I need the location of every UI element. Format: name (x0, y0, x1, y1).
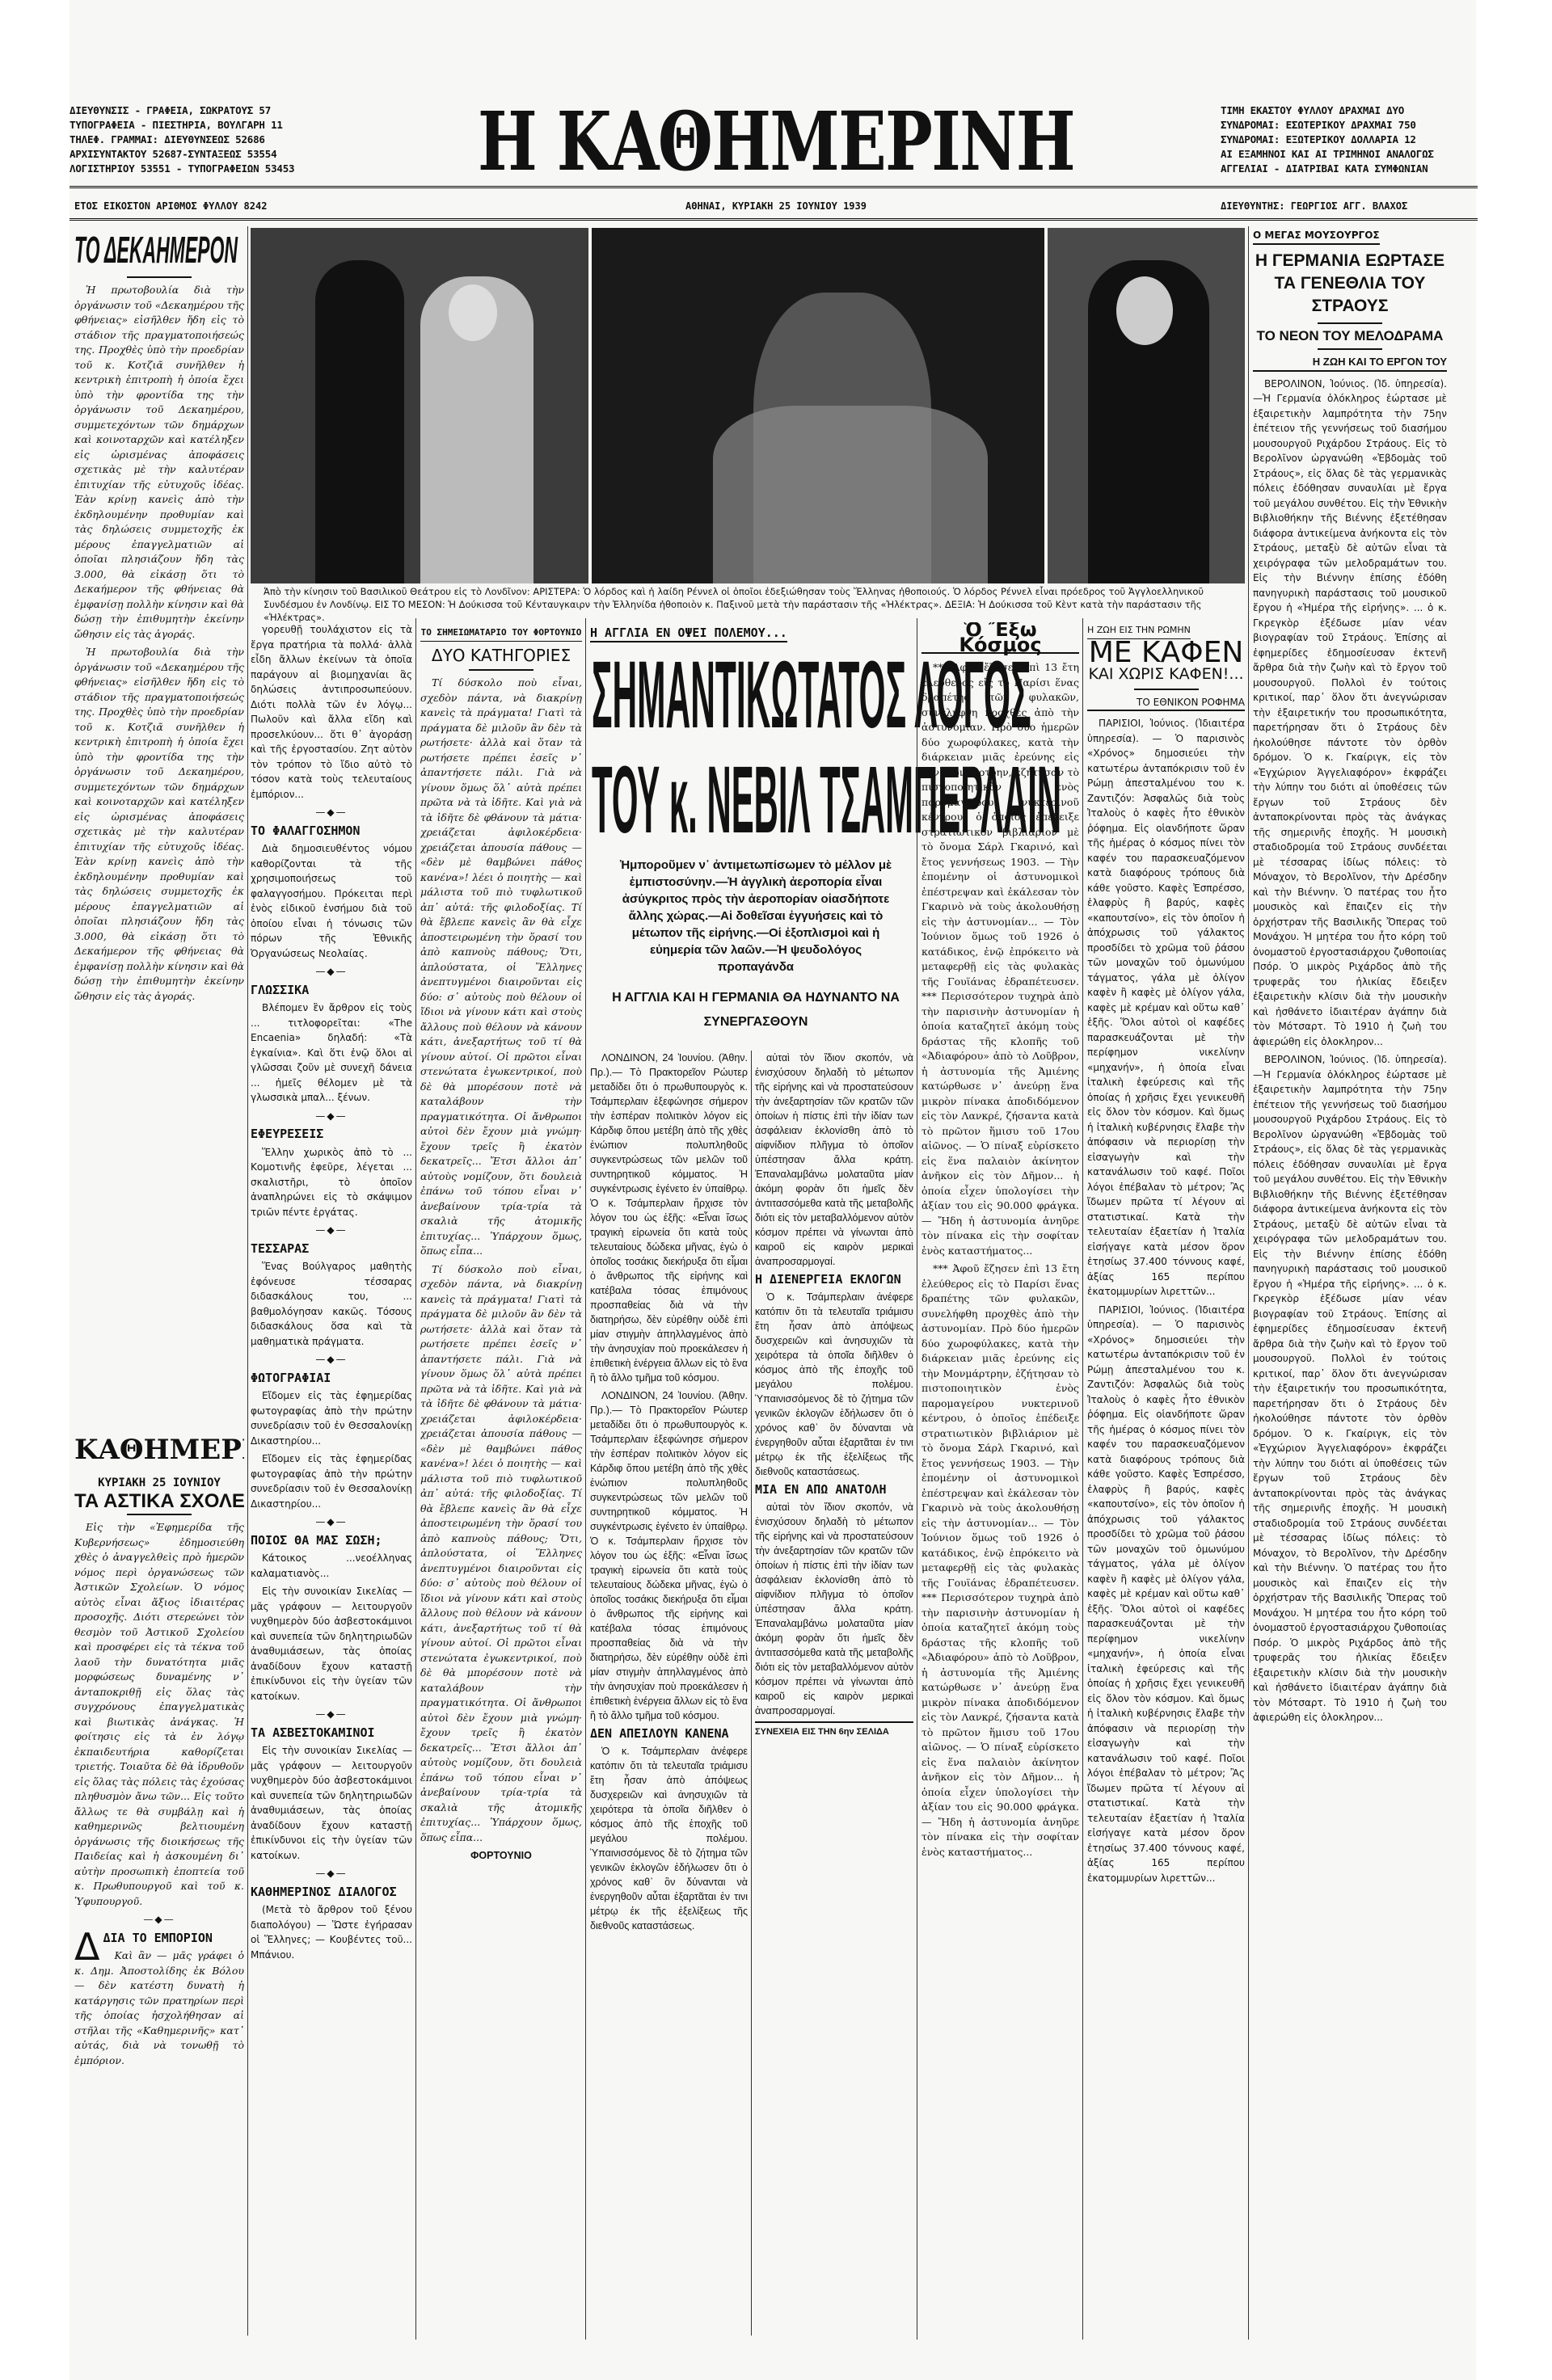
masthead-price-block: ΤΙΜΗ ΕΚΑΣΤΟΥ ΦΥΛΛΟΥ ΔΡΑΧΜΑΙ ΔΥΟ ΣΥΝΔΡΟΜΑ… (1221, 103, 1487, 176)
kicker: Ο ΜΕΓΑΣ ΜΟΥΣΟΥΡΓΟΣ (1253, 228, 1380, 245)
masthead-rule (70, 186, 1478, 188)
headline-astika-scholeia: ΤΑ ΑΣΤΙΚΑ ΣΧΟΛΕΙΑ (74, 1494, 244, 1510)
column-rule (415, 618, 416, 2340)
brief-title: ΦΩΤΟΓΡΑΦΙΑΙ (251, 1371, 412, 1386)
kicker: ΤΟ ΣΗΜΕΙΩΜΑΤΑΡΙΟ ΤΟΥ ΦΟΡΤΟΥΝΙΟ (420, 626, 582, 642)
section-separator: —◆— (74, 1912, 244, 1927)
brief-body: Εἰς τὴν συνοικίαν Σικελίας — μᾶς γράφουν… (251, 1743, 412, 1863)
photo-theatre-performance (592, 228, 1044, 583)
divider (1318, 322, 1382, 324)
kathimerina-box-title: ΚΑΘΗΜΕΡΙΝΑ (74, 1434, 244, 1467)
brief-body: Εἰς τὴν συνοικίαν Σικελίας — μᾶς γράφουν… (251, 1584, 412, 1704)
divider (1134, 689, 1199, 690)
masthead-right-line: ΑΓΓΕΛΙΑΙ - ΔΙΑΤΡΙΒΑΙ ΚΑΤΑ ΣΥΜΦΩΝΙΑΝ (1221, 162, 1487, 176)
trade-section: Δ ΔΙΑ ΤΟ ΕΜΠΟΡΙΟΝ Καὶ ἂν — μᾶς γράφει ὁ … (74, 1931, 244, 2069)
column-fortounio: ΤΟ ΣΗΜΕΙΩΜΑΤΑΡΙΟ ΤΟΥ ΦΟΡΤΟΥΝΙΟ ΔΥΟ ΚΑΤΗΓ… (420, 622, 582, 2340)
brief-body: Κάτοικος ...νεοέλληνας καλαματιανὸς... (251, 1551, 412, 1581)
article-body: *** Ἀφοῦ ἔζησεν ἐπὶ 13 ἔτη ἐλεύθερος εἰς… (921, 1262, 1079, 1860)
article-body: Ὁ κ. Τσάμπερλαιν ἀνέφερε κατόπιν ὅτι τὰ … (755, 1290, 913, 1479)
column-rule (1082, 618, 1083, 2340)
masthead-right-line: ΣΥΝΔΡΟΜΑΙ: ΕΣΩΤΕΡΙΚΟΥ ΔΡΑΧΜΑΙ 750 (1221, 118, 1487, 133)
box-date: ΚΥΡΙΑΚΗ 25 ΙΟΥΝΙΟΥ (74, 1476, 244, 1491)
column-dekaimeron: ΤΟ ΔΕΚΑΗΜΕΡΟΝ Ἡ πρωτοβουλία διὰ τὴν ὀργά… (74, 228, 244, 1432)
kicker: Η ΑΓΓΛΙΑ ΕΝ ΟΨΕΙ ΠΟΛΕΜΟΥ... (590, 626, 787, 642)
brief-title: ΚΑΘΗΜΕΡΙΝΟΣ ΔΙΑΛΟΓΟΣ (251, 1885, 412, 1900)
newspaper-title: Η ΚΑΘΗΜΕΡΙΝΗ (171, 97, 1381, 186)
article-body: ΠΑΡΙΣΙΟΙ, Ἰούνιος. (Ἰδιαιτέρα ὑπηρεσία).… (1087, 1303, 1245, 1886)
divider (1318, 348, 1382, 350)
headline-choris-kafen: ΚΑΙ ΧΩΡΙΣ ΚΑΦΕΝ!... (1087, 667, 1245, 682)
dropcap-delta: Δ (74, 1931, 99, 1963)
brief-body: Εἴδομεν εἰς τὰς ἐφημερίδας φωτογραφίας ἀ… (251, 1388, 412, 1448)
subhead: ΔΕΝ ΑΠΕΙΛΟΥΝ ΚΑΝΕΝΑ (590, 1726, 748, 1741)
article-body: ΛΟΝΔΙΝΟΝ, 24 Ἰουνίου. (Ἀθην. Πρ.).— Τὸ Π… (590, 1051, 748, 1385)
brief-title: ΕΦΕΥΡΕΣΕΙΣ (251, 1127, 412, 1142)
signature: ΦΟΡΤΟΥΝΙΟ (420, 1848, 582, 1864)
continued-line: ΣΥΝΕΧΕΙΑ ΕΙΣ ΤΗΝ 6ην ΣΕΛΙΔΑ (755, 1721, 913, 1739)
article-body: αὐταὶ τὸν ἴδιον σκοπόν, νὰ ἐνισχύσουν δη… (755, 1051, 913, 1269)
article-body: αὐταὶ τὸν ἴδιον σκοπόν, νὰ ἐνισχύσουν δη… (755, 1500, 913, 1718)
headline-me-kafen: ΜΕ ΚΑΦΕΝ (1087, 646, 1245, 661)
article-body: Ἡ πρωτοβουλία διὰ τὴν ὀργάνωσιν τοῦ «Δεκ… (74, 283, 244, 642)
article-body: ΠΑΡΙΣΙΟΙ, Ἰούνιος. (Ἰδιαιτέρα ὑπηρεσία).… (1087, 716, 1245, 1300)
section-separator: —◆— (251, 1109, 412, 1124)
brief-body: Ἕλλην χωρικὸς ἀπὸ τὸ ... Κομοτινῆς ἐφεῦρ… (251, 1145, 412, 1220)
photo-duchess-of-kent (1048, 228, 1245, 583)
article-body: Τί δύσκολο ποὺ εἶναι, σχεδὸν πάντα, νὰ δ… (420, 676, 582, 1259)
subhead-ethnikon-rofima: ΤΟ ΕΘΝΙΚΟΝ ΡΟΦΗΜΑ (1087, 695, 1245, 712)
column-coffee: Η ΖΩΗ ΕΙΣ ΤΗΝ ΡΩΜΗΝ ΜΕ ΚΑΦΕΝ ΚΑΙ ΧΩΡΙΣ Κ… (1087, 622, 1245, 2340)
director-line: ΔΙΕΥΘΥΝΤΗΣ: ΓΕΩΡΓΙΟΣ ΑΓΓ. ΒΛΑΧΟΣ (1221, 200, 1407, 212)
article-body: Καὶ ἂν — μᾶς γράφει ὁ κ. Δημ. Ἀποστολίδη… (74, 1948, 244, 2068)
brief-body: Βλέπομεν ἓν ἄρθρον εἰς τοὺς ... τιτλοφορ… (251, 1000, 412, 1106)
article-body: ΛΟΝΔΙΝΟΝ, 24 Ἰουνίου. (Ἀθην. Πρ.).— Τὸ Π… (590, 1388, 748, 1723)
chamberlain-body-b: αὐταὶ τὸν ἴδιον σκοπόν, νὰ ἐνισχύσουν δη… (755, 1051, 913, 2344)
column-rule (1248, 226, 1249, 2340)
divider (469, 669, 533, 671)
headline-exo-kosmos: Ὁ Ἔξω Κόσμος (921, 622, 1079, 654)
article-body: ΒΕΡΟΛΙΝΟΝ, Ἰούνιος. (Ἰδ. ὑπηρεσία).—Ἡ Γε… (1253, 377, 1447, 1050)
headline-trade: ΔΙΑ ΤΟ ΕΜΠΟΡΙΟΝ (74, 1931, 244, 1946)
section-separator: —◆— (251, 964, 412, 979)
masthead-right-line: ΤΙΜΗ ΕΚΑΣΤΟΥ ΦΥΛΛΟΥ ΔΡΑΧΜΑΙ ΔΥΟ (1221, 103, 1487, 118)
headline-chamberlain-line2: ΤΟΥ κ. ΝΕΒΙΛ ΤΣΑΜΠΕΡΛΑΙΝ (592, 752, 908, 849)
masthead-right-line: ΣΥΝΔΡΟΜΑΙ: ΕΞΩΤΕΡΙΚΟΥ ΔΟΛΛΑΡΙΑ 12 (1221, 133, 1487, 147)
photo-caption: Ἀπὸ τὴν κίνησιν τοῦ Βασιλικοῦ Θεάτρου εἰ… (264, 585, 1242, 624)
headline-dyo-katigories: ΔΥΟ ΚΑΤΗΓΟΡΙΕΣ (420, 648, 582, 663)
article-body: γορευθῇ τουλάχιστον εἰς τὰ ἔργα πρατήρια… (251, 622, 412, 802)
dateline-rule (70, 218, 1478, 221)
article-body: *** Ἀφοῦ ἔζησεν ἐπὶ 13 ἔτη ἐλεύθερος εἰς… (921, 660, 1079, 1258)
article-body: Ἡ πρωτοβουλία διὰ τὴν ὀργάνωσιν τοῦ «Δεκ… (74, 645, 244, 1004)
chamberlain-body-a: ΛΟΝΔΙΝΟΝ, 24 Ἰουνίου. (Ἀθην. Πρ.).— Τὸ Π… (590, 1051, 748, 2344)
section-separator: —◆— (251, 1514, 412, 1530)
column-briefs: γορευθῇ τουλάχιστον εἰς τὰ ἔργα πρατήρια… (251, 622, 412, 2340)
brief-body: (Μετὰ τὸ ἄρθρον τοῦ ξένου διαπολόγου) — … (251, 1902, 412, 1962)
brief-title: ΓΛΩΣΣΙΚΑ (251, 983, 412, 998)
brief-title: ΠΟΙΟΣ ΘΑ ΜΑΣ ΣΩΣΗ; (251, 1533, 412, 1548)
section-separator: —◆— (251, 1223, 412, 1238)
article-body: ΒΕΡΟΛΙΝΟΝ, Ἰούνιος. (Ἰδ. ὑπηρεσία).—Ἡ Γε… (1253, 1052, 1447, 1725)
subhead-england-germany: Η ΑΓΓΛΙΑ ΚΑΙ Η ΓΕΡΜΑΝΙΑ ΘΑ ΗΔΥΝΑΝΤΟ ΝΑ Σ… (598, 986, 913, 1051)
divider (127, 1514, 192, 1515)
section-separator: —◆— (251, 1866, 412, 1881)
column-rule (751, 1051, 752, 2336)
subhead-neon-melodrama: ΤΟ ΝΕΟΝ ΤΟΥ ΜΕΛΟΔΡΑΜΑ (1253, 329, 1447, 344)
article-body: Εἰς τὴν «Ἐφημερίδα τῆς Κυβερνήσεως» ἐδημ… (74, 1520, 244, 1909)
chamberlain-deck: Ἠμποροῦμεν ν᾽ ἀντιμετωπίσωμεν τὸ μέλλον … (614, 857, 897, 978)
brief-body: Διὰ δημοσιευθέντος νόμου καθορίζονται τὰ… (251, 841, 412, 961)
photo-lord-lady-rennell (251, 228, 588, 583)
column-rule (247, 226, 248, 2336)
column-rule (917, 618, 917, 2340)
section-separator: —◆— (251, 805, 412, 820)
brief-body: Ἕνας Βούλγαρος μαθητὴς ἐφόνευσε τέσσαρας… (251, 1259, 412, 1349)
divider (127, 276, 192, 278)
headline-chamberlain-line1: ΣΗΜΑΝΤΙΚΩΤΑΤΟΣ ΛΟΓΟΣ (592, 647, 912, 743)
column-strauss: Ο ΜΕΓΑΣ ΜΟΥΣΟΥΡΓΟΣ Η ΓΕΡΜΑΝΙΑ ΕΩΡΤΑΣΕ ΤΑ… (1253, 228, 1447, 2337)
subhead: ΜΙΑ ΕΝ ΑΠΩ ΑΝΑΤΟΛΗ (755, 1482, 913, 1497)
subhead-elections: Η ΔΙΕΝΕΡΓΕΙΑ ΕΚΛΟΓΩΝ (755, 1272, 913, 1287)
brief-body: Εἴδομεν εἰς τὰς ἐφημερίδας φωτογραφίας ἀ… (251, 1451, 412, 1511)
column-rule (585, 618, 586, 2340)
article-body: Ὁ κ. Τσάμπερλαιν ἀνέφερε κατόπιν ὅτι τὰ … (590, 1744, 748, 1933)
masthead-right-line: ΑΙ ΕΞΑΜΗΝΟΙ ΚΑΙ ΑΙ ΤΡΙΜΗΝΟΙ ΑΝΑΛΟΓΩΣ (1221, 147, 1487, 162)
brief-title: ΤΟ ΦΑΛΑΓΓΟΣΗΜΟΝ (251, 824, 412, 839)
subhead-zoi-kai-ergon: Η ΖΩΗ ΚΑΙ ΤΟ ΕΡΓΟΝ ΤΟΥ (1253, 355, 1447, 372)
section-separator: —◆— (251, 1352, 412, 1367)
headline-strauss: Η ΓΕΡΜΑΝΙΑ ΕΩΡΤΑΣΕ ΤΑ ΓΕΝΕΘΛΙΑ ΤΟΥ ΣΤΡΑΟ… (1253, 250, 1447, 318)
column-exo-kosmos: Ὁ Ἔξω Κόσμος *** Ἀφοῦ ἔζησεν ἐπὶ 13 ἔτη … (921, 622, 1079, 2340)
brief-title: ΤΑ ΑΣΒΕΣΤΟΚΑΜΙΝΟΙ (251, 1725, 412, 1741)
column-astika-scholeia: ΚΥΡΙΑΚΗ 25 ΙΟΥΝΙΟΥ ΤΑ ΑΣΤΙΚΑ ΣΧΟΛΕΙΑ Εἰς… (74, 1472, 244, 2345)
brief-title: ΤΕΣΣΑΡΑΣ (251, 1241, 412, 1257)
section-separator: —◆— (251, 1707, 412, 1722)
headline-dekaimeron: ΤΟ ΔΕΚΑΗΜΕΡΟΝ (74, 228, 244, 272)
article-body: Τί δύσκολο ποὺ εἶναι, σχεδὸν πάντα, νὰ δ… (420, 1262, 582, 1846)
